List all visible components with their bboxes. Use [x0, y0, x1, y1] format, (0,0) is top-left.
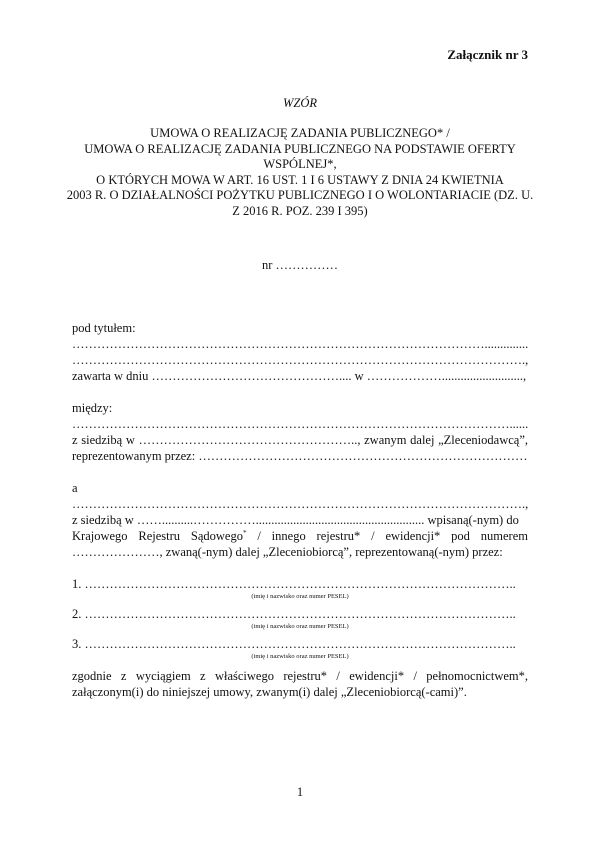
closing-line-2: załączonym(i) do niniejszej umowy, zwany… [72, 684, 528, 700]
title-line: O KTÓRYCH MOWA W ART. 16 UST. 1 I 6 USTA… [60, 173, 540, 189]
registry-text-cont: / innego rejestru* / ewidencji* pod nume… [246, 529, 528, 543]
between-label: między: [72, 400, 528, 416]
page-number: 1 [0, 785, 600, 800]
template-label: WZÓR [0, 96, 600, 111]
subject-field-line: ……………………………………………………………………………………….......… [72, 336, 528, 352]
attachment-label: Załącznik nr 3 [447, 47, 528, 63]
agreement-number: nr …………… [0, 258, 600, 273]
party1-seat: z siedzibą w …………………………………………….., zwanym… [72, 432, 528, 448]
concluded-date-place: zawarta w dniu ……………………………………….... w ………… [72, 368, 528, 384]
representative-caption: (imię i nazwisko oraz numer PESEL) [0, 653, 600, 660]
subject-label: pod tytułem: [72, 320, 528, 336]
title-line: 2003 R. O DZIAŁALNOŚCI POŻYTKU PUBLICZNE… [60, 188, 540, 204]
party2-called: …………………, zwaną(-nym) dalej „Zleceniobior… [72, 544, 528, 560]
party2-seat: z siedzibą w ……..........……………..........… [72, 512, 528, 528]
subject-field-line: ………………………………………………………………………………………………., [72, 352, 528, 368]
representative-caption: (imię i nazwisko oraz numer PESEL) [0, 623, 600, 630]
title-line: Z 2016 R. POZ. 239 I 395) [60, 204, 540, 220]
party2-name-line: ………………………………………………………………………………………………., [72, 496, 528, 512]
and-label: a [72, 480, 528, 496]
party2-registry: Krajowego Rejestru Sądowego* / innego re… [72, 528, 528, 544]
title-line: UMOWA O REALIZACJĘ ZADANIA PUBLICZNEGO N… [60, 142, 540, 158]
party1-name-line: …………………………………………………………………………………………….....… [72, 416, 528, 432]
document-title: UMOWA O REALIZACJĘ ZADANIA PUBLICZNEGO* … [60, 126, 540, 219]
party1-representative: reprezentowanym przez: ……………………………………………… [72, 448, 528, 464]
representative-line-1: 1. ………………………………………………………………………………………….. [72, 576, 528, 592]
representative-line-3: 3. ………………………………………………………………………………………….. [72, 636, 528, 652]
closing-line-1: zgodnie z wyciągiem z właściwego rejestr… [72, 668, 528, 684]
title-line: UMOWA O REALIZACJĘ ZADANIA PUBLICZNEGO* … [60, 126, 540, 142]
title-line: WSPÓLNEJ*, [60, 157, 540, 173]
registry-text: Krajowego Rejestru Sądowego [72, 529, 243, 543]
document-page: Załącznik nr 3 WZÓR UMOWA O REALIZACJĘ Z… [0, 0, 600, 849]
representative-caption: (imię i nazwisko oraz numer PESEL) [0, 593, 600, 600]
representative-line-2: 2. ………………………………………………………………………………………….. [72, 606, 528, 622]
